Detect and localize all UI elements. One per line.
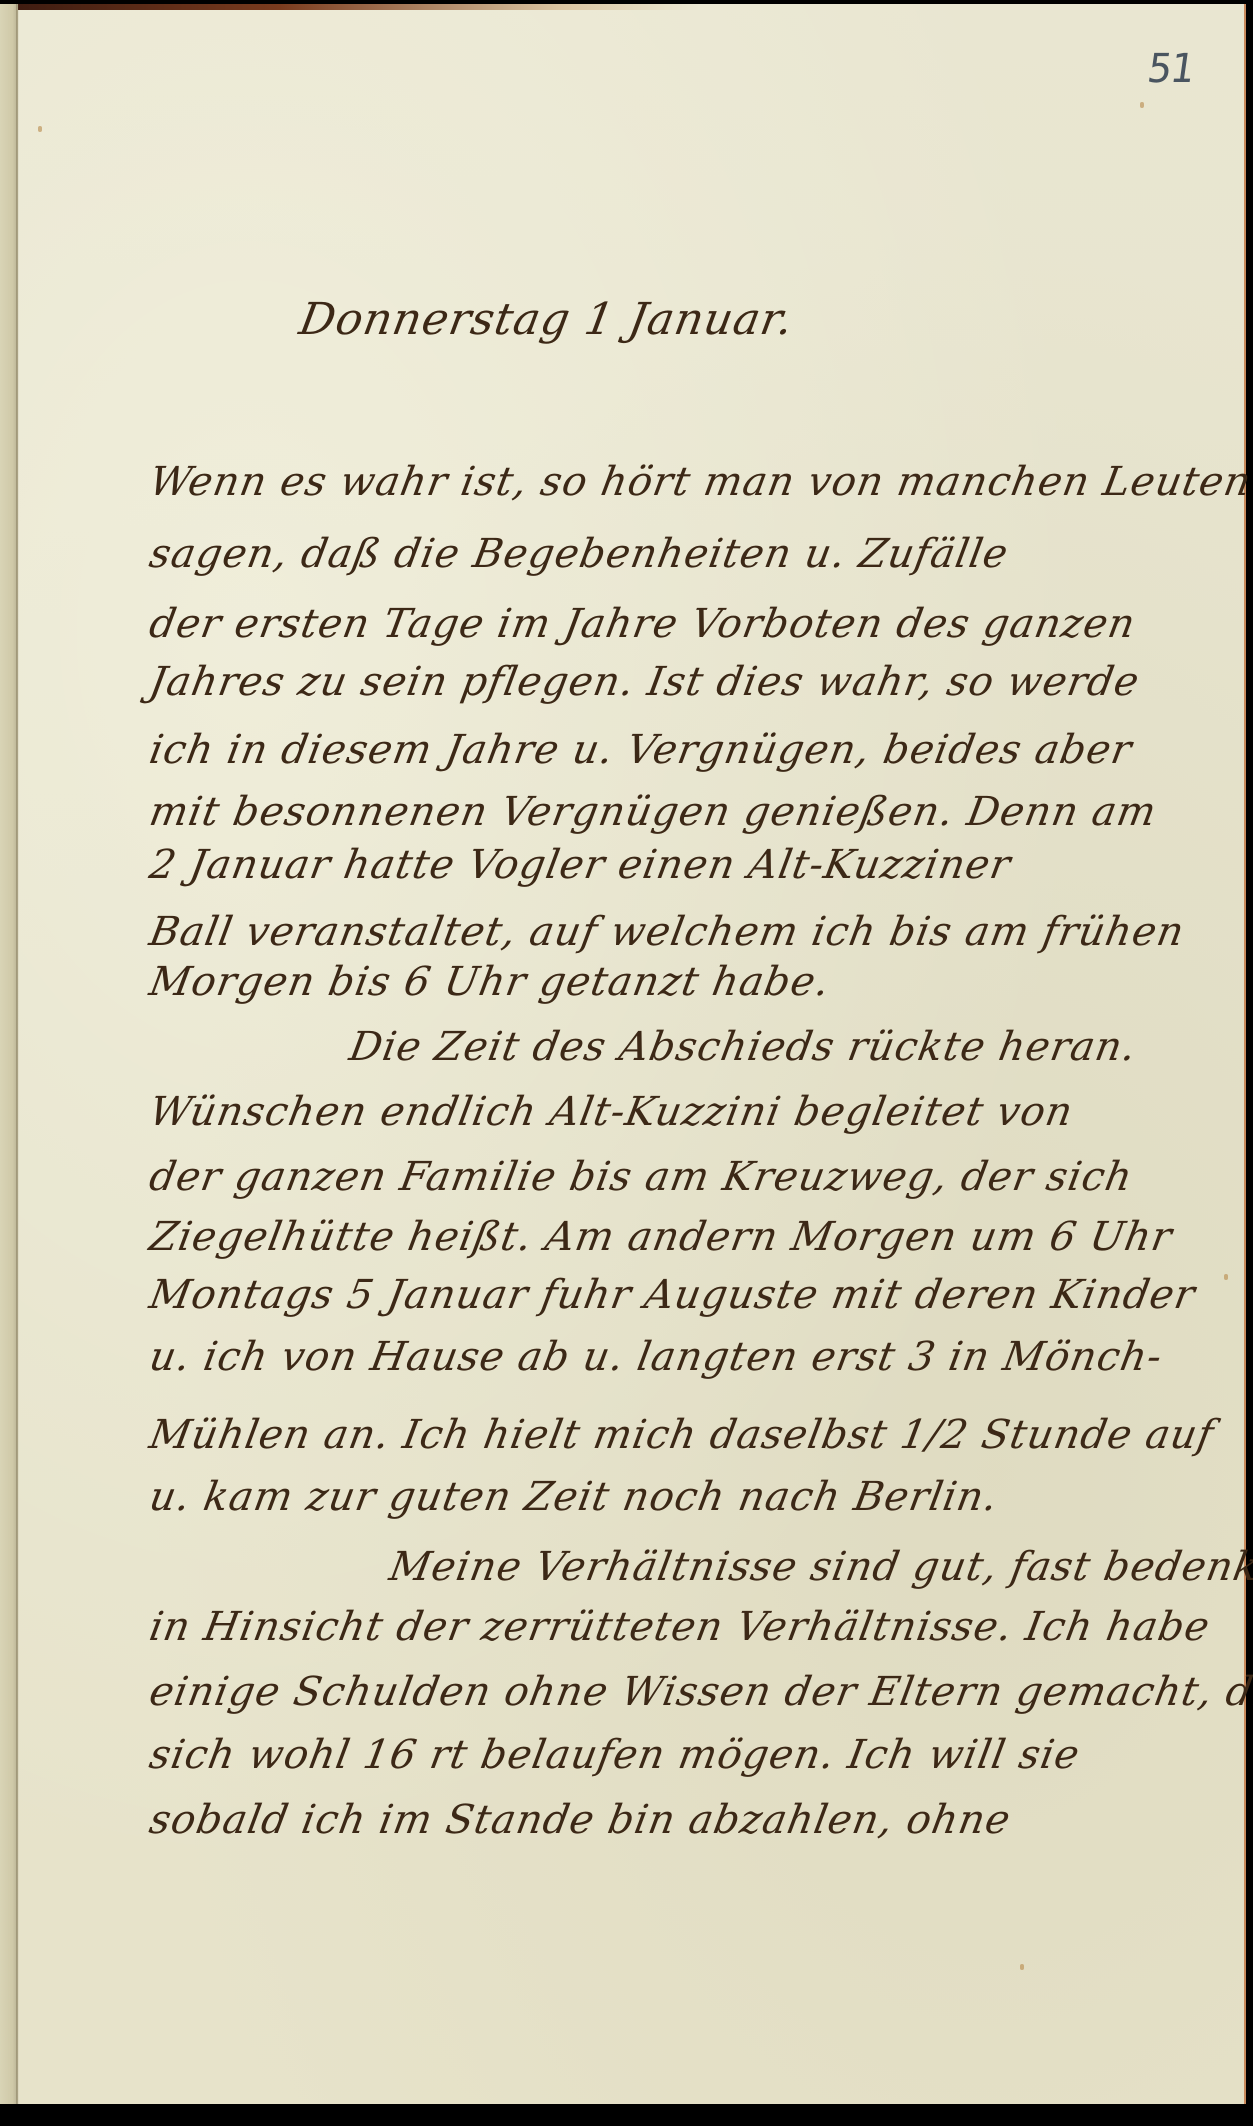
manuscript-line: Mühlen an. Ich hielt mich daselbst 1/2 S… (146, 1412, 1218, 1458)
manuscript-line: Jahres zu sein pflegen. Ist dies wahr, s… (146, 659, 1143, 705)
manuscript-line: Wenn es wahr ist, so hört man von manche… (146, 459, 1253, 505)
manuscript-line: Die Zeit des Abschieds rückte heran. (346, 1024, 1140, 1070)
manuscript-page: 51 Donnerstag 1 Januar. Wenn es wahr ist… (0, 4, 1246, 2104)
manuscript-line: einige Schulden ohne Wissen der Eltern g… (146, 1669, 1253, 1715)
manuscript-line: Montags 5 Januar fuhr Auguste mit deren … (146, 1272, 1199, 1318)
manuscript-line: mit besonnenen Vergnügen genießen. Denn … (146, 789, 1160, 835)
manuscript-line: sich wohl 16 rt belaufen mögen. Ich will… (146, 1732, 1084, 1778)
manuscript-line: der ersten Tage im Jahre Vorboten des ga… (146, 601, 1139, 647)
manuscript-line: in Hinsicht der zerrütteten Verhältnisse… (146, 1604, 1214, 1650)
paper-speck (1140, 102, 1144, 108)
manuscript-line: sobald ich im Stande bin abzahlen, ohne (146, 1797, 1014, 1843)
manuscript-line: sagen, daß die Begebenheiten u. Zufälle (146, 531, 1012, 577)
top-edge-stain (0, 4, 700, 10)
manuscript-line: u. kam zur guten Zeit noch nach Berlin. (146, 1474, 1002, 1520)
manuscript-line: Wünschen endlich Alt-Kuzzini begleitet v… (146, 1089, 1077, 1135)
paper-speck (38, 126, 42, 132)
manuscript-line: 2 Januar hatte Vogler einen Alt-Kuzziner (146, 842, 1015, 888)
manuscript-line: Ball veranstaltet, auf welchem ich bis a… (146, 909, 1188, 955)
manuscript-line: der ganzen Familie bis am Kreuzweg, der … (146, 1154, 1136, 1200)
folio-number: 51 (1145, 46, 1196, 92)
manuscript-line: Ziegelhütte heißt. Am andern Morgen um 6… (146, 1214, 1176, 1260)
gutter-fold-shadow (16, 4, 19, 2104)
scan-background-bottom (0, 2104, 1253, 2126)
paper-speck (1020, 1964, 1024, 1970)
entry-heading: Donnerstag 1 Januar. (296, 294, 798, 345)
manuscript-line: u. ich von Hause ab u. langten erst 3 in… (146, 1334, 1166, 1380)
paper-speck (1224, 1274, 1228, 1280)
manuscript-line: Meine Verhältnisse sind gut, fast bedenk… (386, 1544, 1253, 1590)
manuscript-line: ich in diesem Jahre u. Vergnügen, beides… (146, 727, 1136, 773)
manuscript-line: Morgen bis 6 Uhr getanzt habe. (146, 959, 834, 1005)
